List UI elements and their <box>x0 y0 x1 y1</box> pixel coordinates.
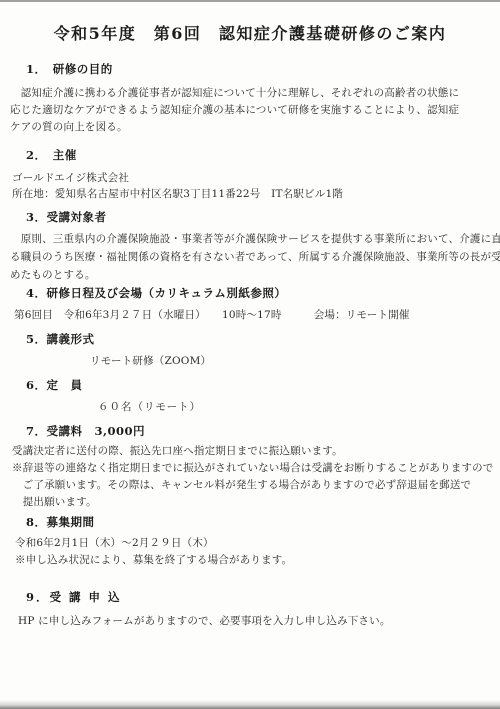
schedule-line: 第6回目 令和6年3月２７日（水曜日） 10時～17時 会場：リモート開催 <box>14 307 490 324</box>
period-line: 令和6年2月1日（木）～2月２９日（木） <box>15 535 490 552</box>
format-line: リモート研修（ZOOM） <box>90 353 490 370</box>
organizer-address: 所在地：愛知県名古屋市中村区名駅3丁目11番22号 IT名駅ビル1階 <box>12 186 490 202</box>
section-format: 5．講義形式 リモート研修（ZOOM） <box>10 332 490 370</box>
section-fee-body: 受講決定者に送付の際、振込先口座へ指定期日までに振込願います。 ※辞退等の連絡な… <box>12 443 490 511</box>
section-eligibility: 3．受講対象者 原則、三重県内の介護保険施設・事業者等が介護保険サービスを提供す… <box>10 210 490 284</box>
application-line: HP に申し込みフォームがありますので、必要事項を入力し申し込み下さい。 <box>18 613 490 630</box>
period-note-line: ※申し込み状況により、募集を終了する場合があります。 <box>15 552 490 569</box>
organizer-name: ゴールドエイジ株式会社 <box>12 170 490 186</box>
section-recruitment-period: 8．募集期間 令和6年2月1日（木）～2月２９日（木） ※申し込み状況により、募… <box>10 515 490 568</box>
section-recruitment-period-heading: 8．募集期間 <box>26 515 490 530</box>
document-content: 令和5年度 第6回 認知症介護基礎研修のご案内 1． 研修の目的 認知症介護に携… <box>0 0 500 630</box>
section-organizer-heading: 2． 主催 <box>26 148 490 163</box>
body-line: る職員のうち医療・福祉関係の資格を有さない者であって、所属する介護保険施設、事業… <box>10 248 490 266</box>
section-format-body: リモート研修（ZOOM） <box>90 353 490 370</box>
section-purpose: 1． 研修の目的 認知症介護に携わる介護従事者が認知症について十分に理解し、それ… <box>10 62 490 136</box>
section-application-body: HP に申し込みフォームがありますので、必要事項を入力し申し込み下さい。 <box>18 613 490 630</box>
section-organizer-body: ゴールドエイジ株式会社 所在地：愛知県名古屋市中村区名駅3丁目11番22号 IT… <box>12 170 490 202</box>
document-title: 令和5年度 第6回 認知症介護基礎研修のご案内 <box>10 24 490 44</box>
body-line: 応じた適切なケアができるよう認知症介護の基本について研修を実施することにより、認… <box>10 102 490 119</box>
section-format-heading: 5．講義形式 <box>26 332 490 347</box>
body-line: 受講決定者に送付の際、振込先口座へ指定期日までに振込願います。 <box>12 443 490 460</box>
body-line: 原則、三重県内の介護保険施設・事業者等が介護保険サービスを提供する事業所において… <box>10 230 490 248</box>
section-capacity-body: ６０名（リモート） <box>98 399 490 416</box>
section-eligibility-heading: 3．受講対象者 <box>26 210 490 225</box>
body-line: ケアの質の向上を図る。 <box>10 119 490 136</box>
section-fee: 7．受講料 3,000円 受講決定者に送付の際、振込先口座へ指定期日までに振込願… <box>10 424 490 511</box>
section-organizer: 2． 主催 ゴールドエイジ株式会社 所在地：愛知県名古屋市中村区名駅3丁目11番… <box>10 148 490 202</box>
section-purpose-body: 認知症介護に携わる介護従事者が認知症について十分に理解し、それぞれの高齢者の状態… <box>10 85 490 136</box>
scan-bottom-edge <box>0 700 500 709</box>
section-fee-heading: 7．受講料 3,000円 <box>26 424 490 439</box>
section-schedule-heading: 4．研修日程及び会場（カリキュラム別紙参照） <box>26 286 490 301</box>
section-purpose-heading: 1． 研修の目的 <box>26 62 490 77</box>
body-line: めたものとする。 <box>10 266 490 284</box>
capacity-line: ６０名（リモート） <box>98 399 490 416</box>
body-line: ※辞退等の連絡なく指定期日までに振込がされていない場合は受講をお断りすることがあ… <box>12 460 490 477</box>
scan-top-edge <box>0 0 500 2</box>
section-application: 9．受 講 申 込 HP に申し込みフォームがありますので、必要事項を入力し申し… <box>10 590 490 630</box>
scanned-document-page: 令和5年度 第6回 認知症介護基礎研修のご案内 1． 研修の目的 認知症介護に携… <box>0 0 500 709</box>
section-recruitment-period-body: 令和6年2月1日（木）～2月２９日（木） ※申し込み状況により、募集を終了する場… <box>15 535 490 568</box>
body-line: ご了承願います。その際は、キャンセル料が発生する場合がありますので必ず辞退届を郵… <box>12 477 490 494</box>
section-application-heading: 9．受 講 申 込 <box>26 590 490 605</box>
section-schedule: 4．研修日程及び会場（カリキュラム別紙参照） 第6回目 令和6年3月２７日（水曜… <box>10 286 490 324</box>
section-schedule-body: 第6回目 令和6年3月２７日（水曜日） 10時～17時 会場：リモート開催 <box>14 307 490 324</box>
section-capacity: 6．定 員 ６０名（リモート） <box>10 378 490 416</box>
body-line: 認知症介護に携わる介護従事者が認知症について十分に理解し、それぞれの高齢者の状態… <box>10 85 490 102</box>
section-eligibility-body: 原則、三重県内の介護保険施設・事業者等が介護保険サービスを提供する事業所において… <box>10 230 490 284</box>
section-capacity-heading: 6．定 員 <box>26 378 490 393</box>
body-line: 提出願います。 <box>12 494 490 511</box>
